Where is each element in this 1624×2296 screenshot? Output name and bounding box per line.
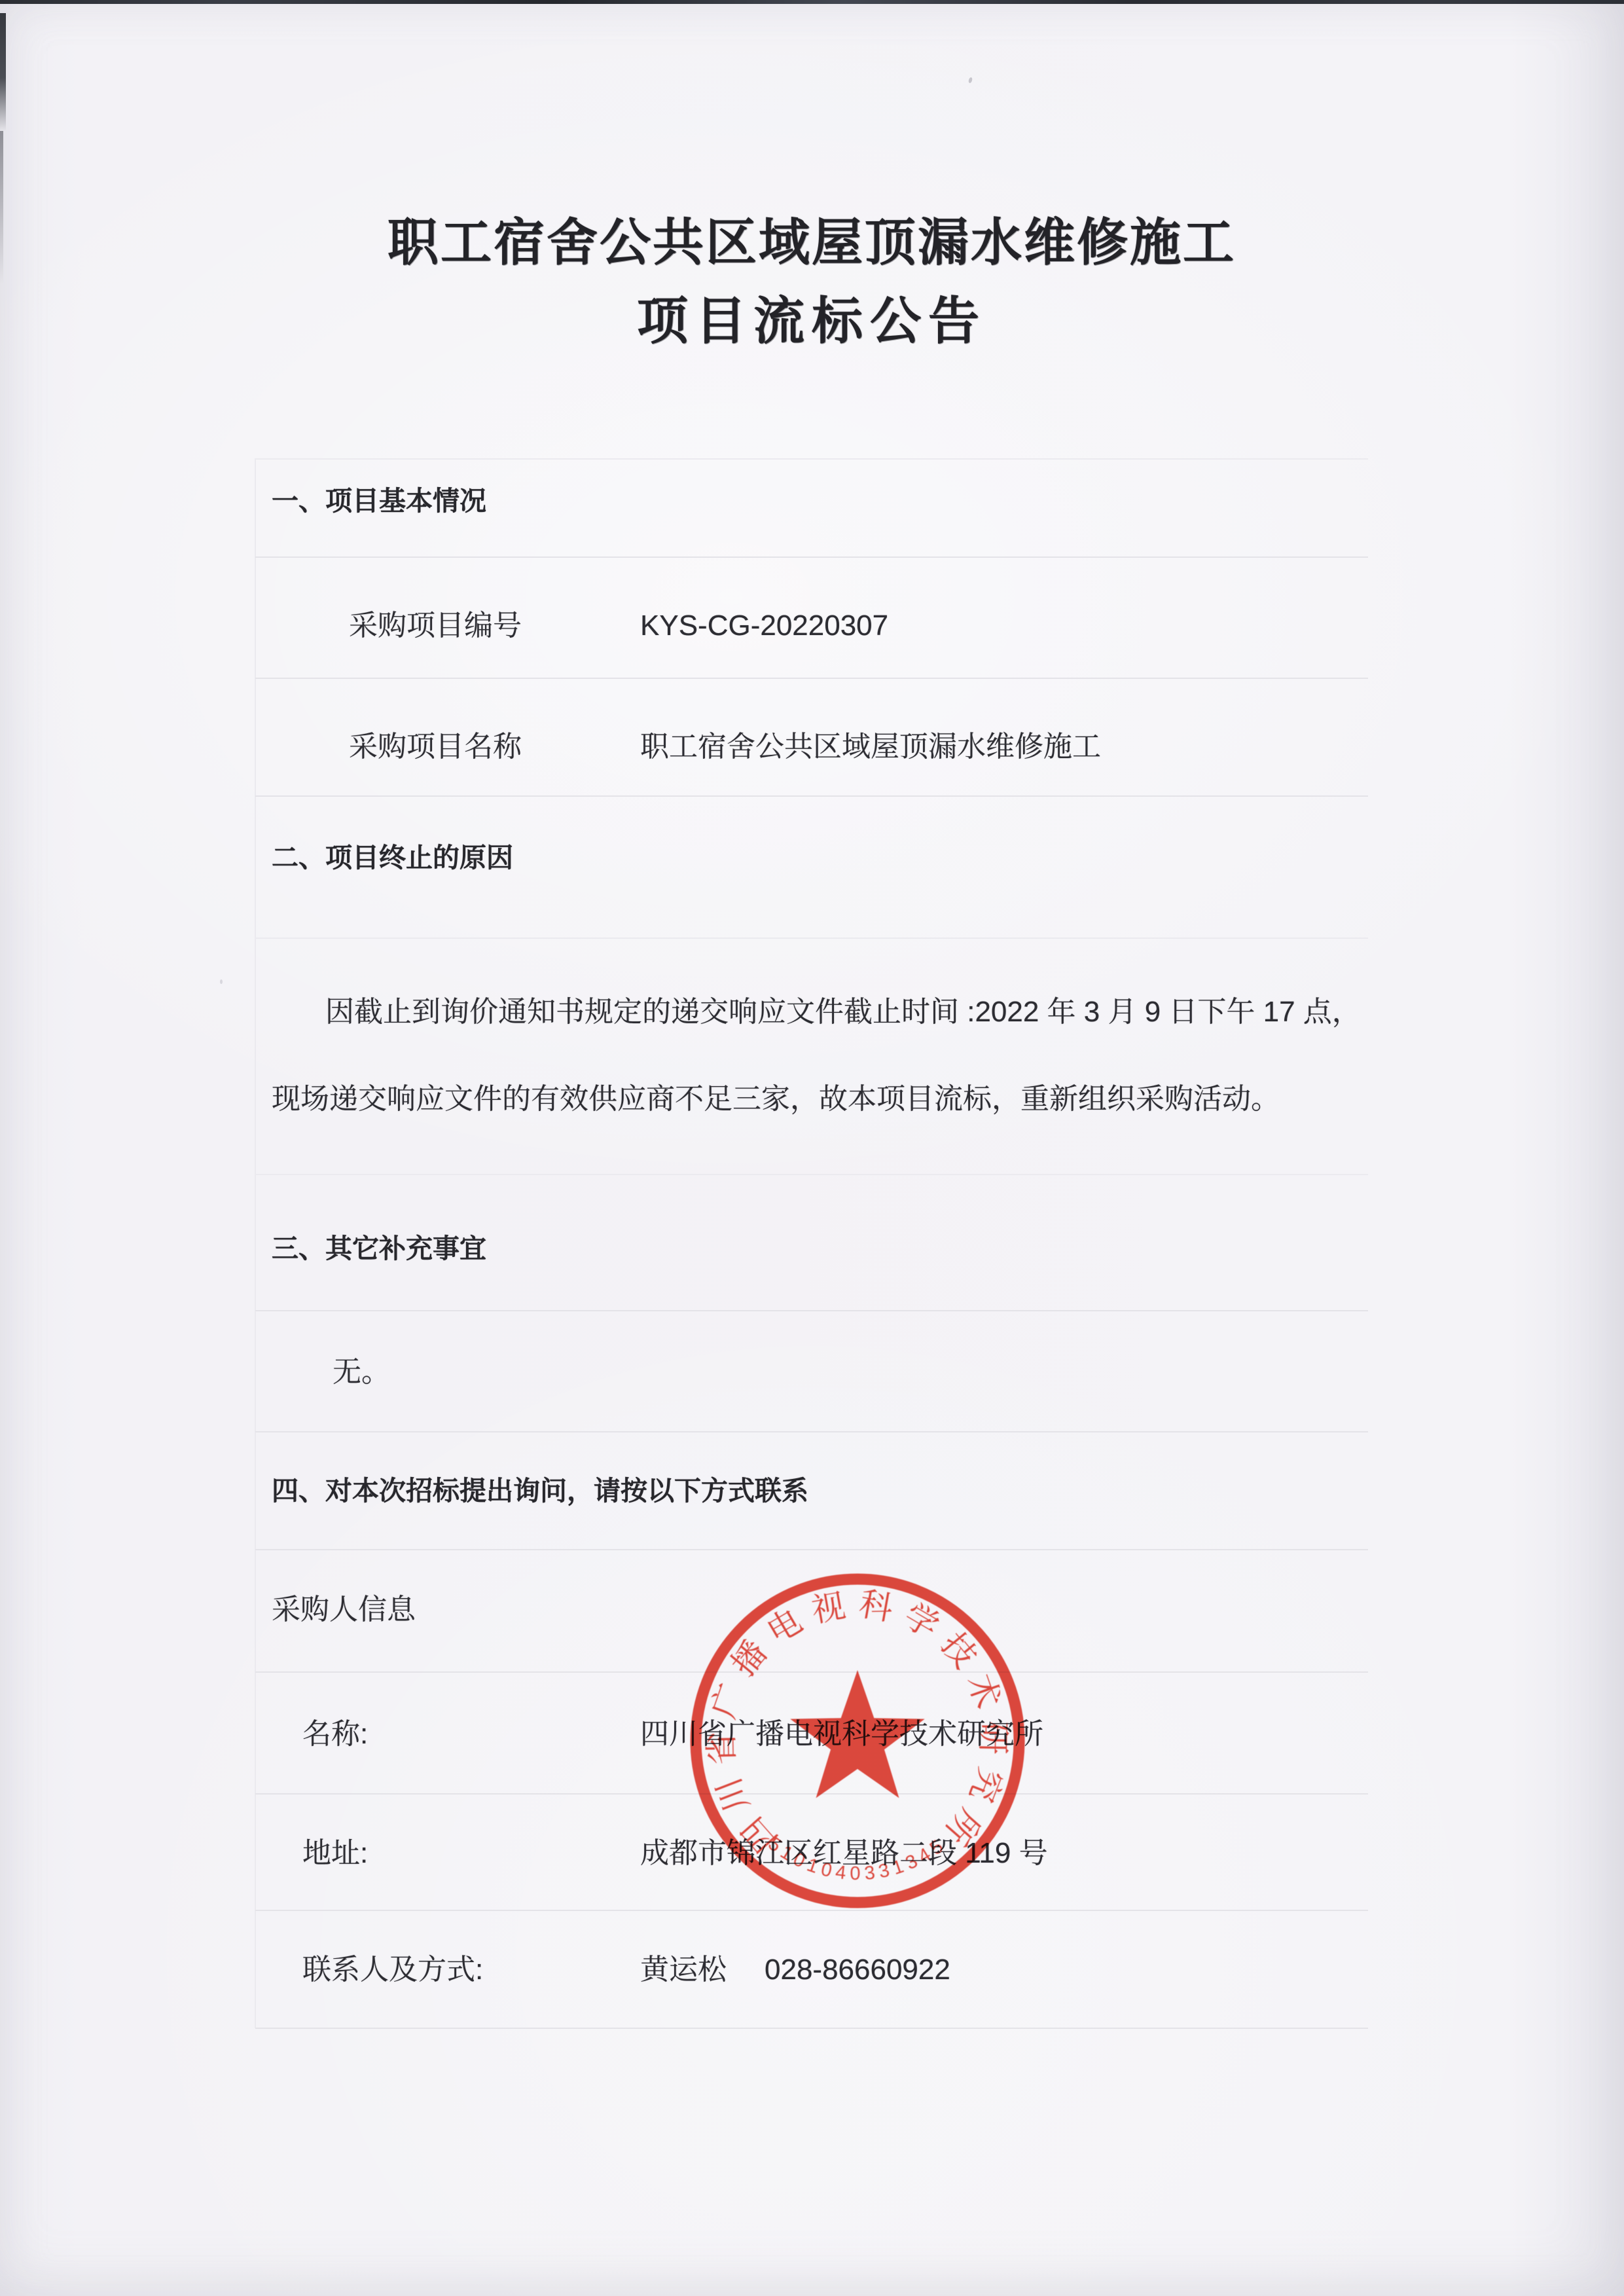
scanned-document-page: 职工宿舍公共区域屋顶漏水维修施工 项目流标公告 一、项目基本情况 采购项目编号 …	[0, 0, 1624, 2296]
scan-left-edge-tail-artifact	[0, 131, 3, 301]
seal-serial-number: 5101040331345	[764, 1833, 950, 1884]
row-divider	[255, 458, 1368, 460]
row-divider	[255, 1549, 1368, 1550]
official-seal: 四川省广播电视科学技术研究所 5101040331345	[674, 1557, 1041, 1923]
termination-reason-line2: 现场递交响应文件的有效供应商不足三家，故本项目流标，重新组织采购活动。	[272, 1085, 1280, 1114]
section3-heading: 三、其它补充事宜	[272, 1235, 486, 1262]
section4-heading: 四、对本次招标提出询问，请按以下方式联系	[272, 1478, 808, 1504]
row-divider	[255, 795, 1368, 797]
row-divider	[255, 556, 1368, 558]
section3-content: 无。	[333, 1358, 390, 1387]
row-divider	[255, 1431, 1368, 1432]
contact-phone-number: 028-86660922	[765, 1954, 950, 1986]
purchaser-info-label: 采购人信息	[272, 1595, 416, 1624]
row-divider	[255, 1310, 1368, 1311]
row-value-procurement-number: KYS-CG-20220307	[640, 611, 888, 640]
row-divider	[255, 938, 1368, 939]
row-label-purchaser-address: 地址:	[302, 1839, 368, 1868]
document-title-line2: 项目流标公告	[255, 296, 1368, 347]
row-divider	[255, 678, 1368, 679]
section1-heading: 一、项目基本情况	[272, 488, 486, 515]
row-label-purchaser-name: 名称:	[302, 1720, 368, 1749]
row-value-contact: 黄运松028-86660922	[640, 1956, 950, 1984]
scan-left-edge-artifact	[0, 13, 6, 131]
contact-person-name: 黄运松	[640, 1954, 727, 1986]
scan-speck	[968, 77, 973, 83]
row-label-contact: 联系人及方式:	[302, 1956, 483, 1984]
scan-speck	[220, 979, 223, 984]
termination-reason-line1: 因截止到询价通知书规定的递交响应文件截止时间 :2022 年 3 月 9 日下午…	[325, 998, 1361, 1027]
row-value-procurement-name: 职工宿舍公共区域屋顶漏水维修施工	[640, 733, 1101, 761]
row-label-procurement-name: 采购项目名称	[349, 733, 522, 761]
row-divider	[255, 1174, 1368, 1175]
seal-star-icon	[790, 1670, 924, 1798]
row-label-procurement-number: 采购项目编号	[349, 611, 522, 640]
document-title-line1: 职工宿舍公共区域屋顶漏水维修施工	[255, 217, 1368, 268]
section2-heading: 二、项目终止的原因	[272, 845, 513, 871]
scan-top-edge-artifact	[0, 0, 1624, 4]
row-divider	[255, 2028, 1368, 2029]
svg-text:5101040331345: 5101040331345	[764, 1833, 950, 1884]
